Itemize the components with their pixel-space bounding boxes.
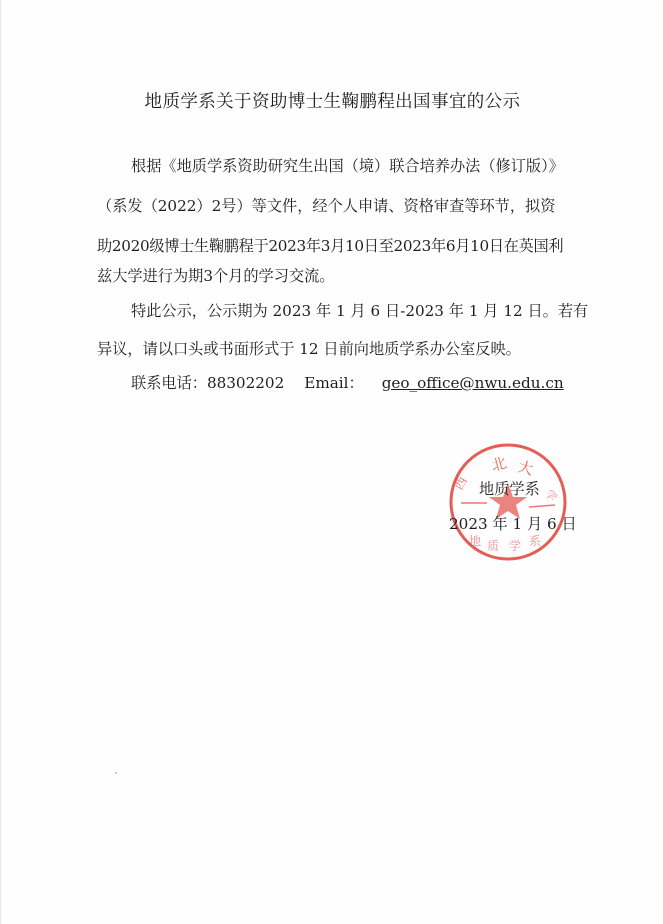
paragraph-1-line-1: 根据《地质学系资助研究生出国（境）联合培养办法（修订版）》 [131,155,564,176]
signature-date: 2023 年 1 月 6 日 [449,513,577,534]
email-label: Email： [304,374,363,392]
email-link[interactable]: geo_office@nwu.edu.cn [382,374,564,392]
phone-label: 联系电话： [131,374,207,392]
contact-line: 联系电话：88302202Email：geo_office@nwu.edu.cn [131,372,564,393]
document-page: 地质学系关于资助博士生鞠鹏程出国事宜的公示 根据《地质学系资助研究生出国（境）联… [0,0,663,924]
scan-artifact [115,772,117,774]
svg-text:质: 质 [487,538,499,553]
svg-text:大: 大 [516,457,535,478]
svg-text:学: 学 [509,539,521,553]
paragraph-2-line-2: 异议，请以口头或书面形式于 12 日前向地质学系办公室反映。 [97,338,521,359]
svg-text:学: 学 [543,487,560,503]
svg-text:系: 系 [529,534,541,548]
svg-text:北: 北 [489,454,508,475]
paragraph-1-line-3: 助2020级博士生鞠鹏程于2023年3月10日至2023年6月10日在英国利 [97,235,563,256]
paragraph-2-line-1: 特此公示，公示期为 2023 年 1 月 6 日-2023 年 1 月 12 日… [131,300,588,321]
paragraph-1-line-2: （系发（2022）2号）等文件，经个人申请、资格审查等环节，拟资 [97,195,555,216]
official-seal-stamp: 北 大 西 学 地 质 学 系 [447,441,569,563]
svg-text:地: 地 [469,533,481,548]
phone-number: 88302202 [207,374,284,392]
document-title: 地质学系关于资助博士生鞠鹏程出国事宜的公示 [1,88,663,113]
svg-text:西: 西 [451,474,470,493]
paragraph-1-line-4: 兹大学进行为期3个月的学习交流。 [97,265,334,286]
signature-organization: 地质学系 [479,478,540,499]
